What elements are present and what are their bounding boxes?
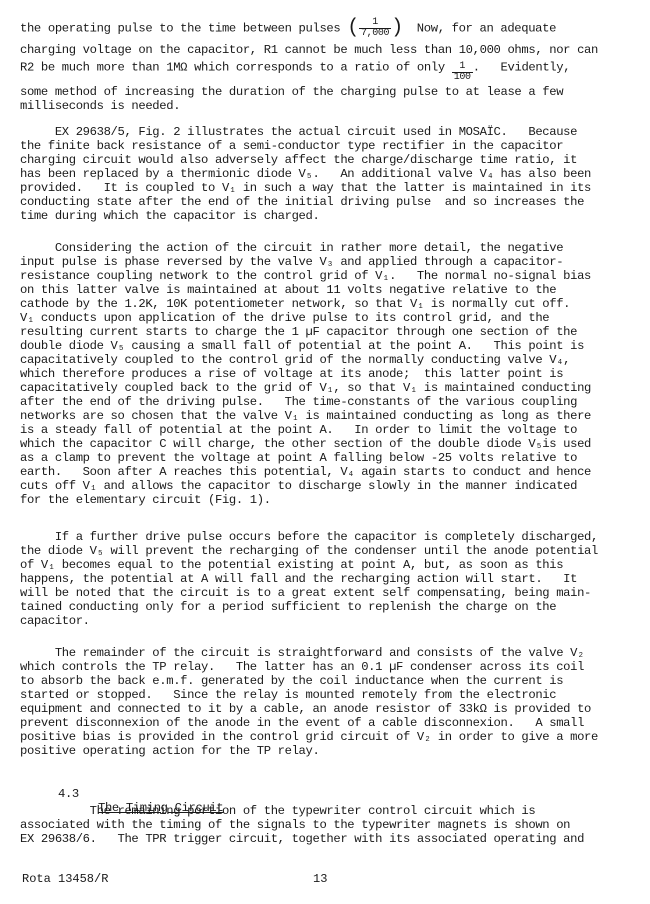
fraction-1-over-7000: 17,000 xyxy=(359,18,391,39)
text-line: V₁ conducts upon application of the driv… xyxy=(20,311,549,325)
text-line: prevent disconnexion of the anode in the… xyxy=(20,716,584,730)
text-line: on this latter valve is maintained at ab… xyxy=(20,283,556,297)
text-line: cuts off V₁ and allows the capacitor to … xyxy=(20,479,577,493)
text-line: associated with the timing of the signal… xyxy=(20,818,570,832)
text-line: the finite back resistance of a semi-con… xyxy=(20,139,563,153)
intro-line-5: milliseconds is needed. xyxy=(20,99,180,113)
text-line: resistance coupling network to the contr… xyxy=(20,269,591,283)
text-line: to absorb the back e.m.f. generated by t… xyxy=(20,674,563,688)
text-line: as a clamp to prevent the voltage at poi… xyxy=(20,451,577,465)
document-reference: Rota 13458/R xyxy=(22,872,108,886)
text-line: provided. It is coupled to V₁ in such a … xyxy=(20,181,591,195)
text-line: for the elementary circuit (Fig. 1). xyxy=(20,493,271,507)
text: the operating pulse to the time between … xyxy=(20,22,347,36)
text-line: EX 29638/6. The TPR trigger circuit, tog… xyxy=(20,832,584,846)
fraction-denominator: 7,000 xyxy=(359,29,391,39)
text-line: which therefore produces a rise of volta… xyxy=(20,367,563,381)
fraction-denominator: 100 xyxy=(452,73,473,83)
text-line: equipment and connected to it by a cable… xyxy=(20,702,591,716)
text: Now, for an adequate xyxy=(403,22,556,36)
section-number: 4.3 xyxy=(58,787,79,801)
text-line: capacitatively coupled back to the grid … xyxy=(20,381,591,395)
text-line: positive bias is provided in the control… xyxy=(20,730,598,744)
intro-line-4: some method of increasing the duration o… xyxy=(20,85,563,99)
paren-close: ) xyxy=(391,17,403,40)
text-line: EX 29638/5, Fig. 2 illustrates the actua… xyxy=(20,125,577,139)
text-line: will be noted that the circuit is to a g… xyxy=(20,586,591,600)
text-line: The remainder of the circuit is straight… xyxy=(20,646,584,660)
text-line: started or stopped. Since the relay is m… xyxy=(20,688,556,702)
text-line: which the capacitor C will charge, the o… xyxy=(20,437,591,451)
page-number: 13 xyxy=(313,872,327,886)
text-line: time during which the capacitor is charg… xyxy=(20,209,319,223)
intro-line-3: R2 be much more than 1MΩ which correspon… xyxy=(20,57,570,78)
text-line: capacitatively coupled to the control gr… xyxy=(20,353,570,367)
fraction-1-over-100: 1100 xyxy=(452,62,473,83)
text-line: networks are so chosen that the valve V₁… xyxy=(20,409,591,423)
text-line: resulting current starts to charge the 1… xyxy=(20,325,577,339)
text-line: is a steady fall of potential at the poi… xyxy=(20,423,577,437)
text-line: If a further drive pulse occurs before t… xyxy=(20,530,598,544)
text: R2 be much more than 1MΩ which correspon… xyxy=(20,61,452,75)
text-line: of V₁ becomes equal to the potential exi… xyxy=(20,558,563,572)
text-line: double diode V₅ causing a small fall of … xyxy=(20,339,584,353)
text-line: conducting state after the end of the in… xyxy=(20,195,584,209)
text-line: tained conducting only for a period suff… xyxy=(20,600,556,614)
text-line: Considering the action of the circuit in… xyxy=(20,241,563,255)
text-line: cathode by the 1.2K, 10K potentiometer n… xyxy=(20,297,570,311)
intro-line-2: charging voltage on the capacitor, R1 ca… xyxy=(20,43,598,57)
text-line: The remaining portion of the typewriter … xyxy=(20,804,535,818)
paren-open: ( xyxy=(347,17,359,40)
text-line: which controls the TP relay. The latter … xyxy=(20,660,584,674)
text-line: after the end of the driving pulse. The … xyxy=(20,395,577,409)
text-line: has been replaced by a thermionic diode … xyxy=(20,167,591,181)
text-line: happens, the potential at A will fall an… xyxy=(20,572,577,586)
text-line: the diode V₅ will prevent the recharging… xyxy=(20,544,598,558)
text-line: earth. Soon after A reaches this potenti… xyxy=(20,465,591,479)
text: . Evidently, xyxy=(473,61,571,75)
text-line: input pulse is phase reversed by the val… xyxy=(20,255,563,269)
document-page: the operating pulse to the time between … xyxy=(0,0,650,904)
text-line: charging circuit would also adversely af… xyxy=(20,153,577,167)
text-line: positive operating action for the TP rel… xyxy=(20,744,319,758)
intro-line-1: the operating pulse to the time between … xyxy=(20,18,556,39)
text-line: capacitor. xyxy=(20,614,90,628)
